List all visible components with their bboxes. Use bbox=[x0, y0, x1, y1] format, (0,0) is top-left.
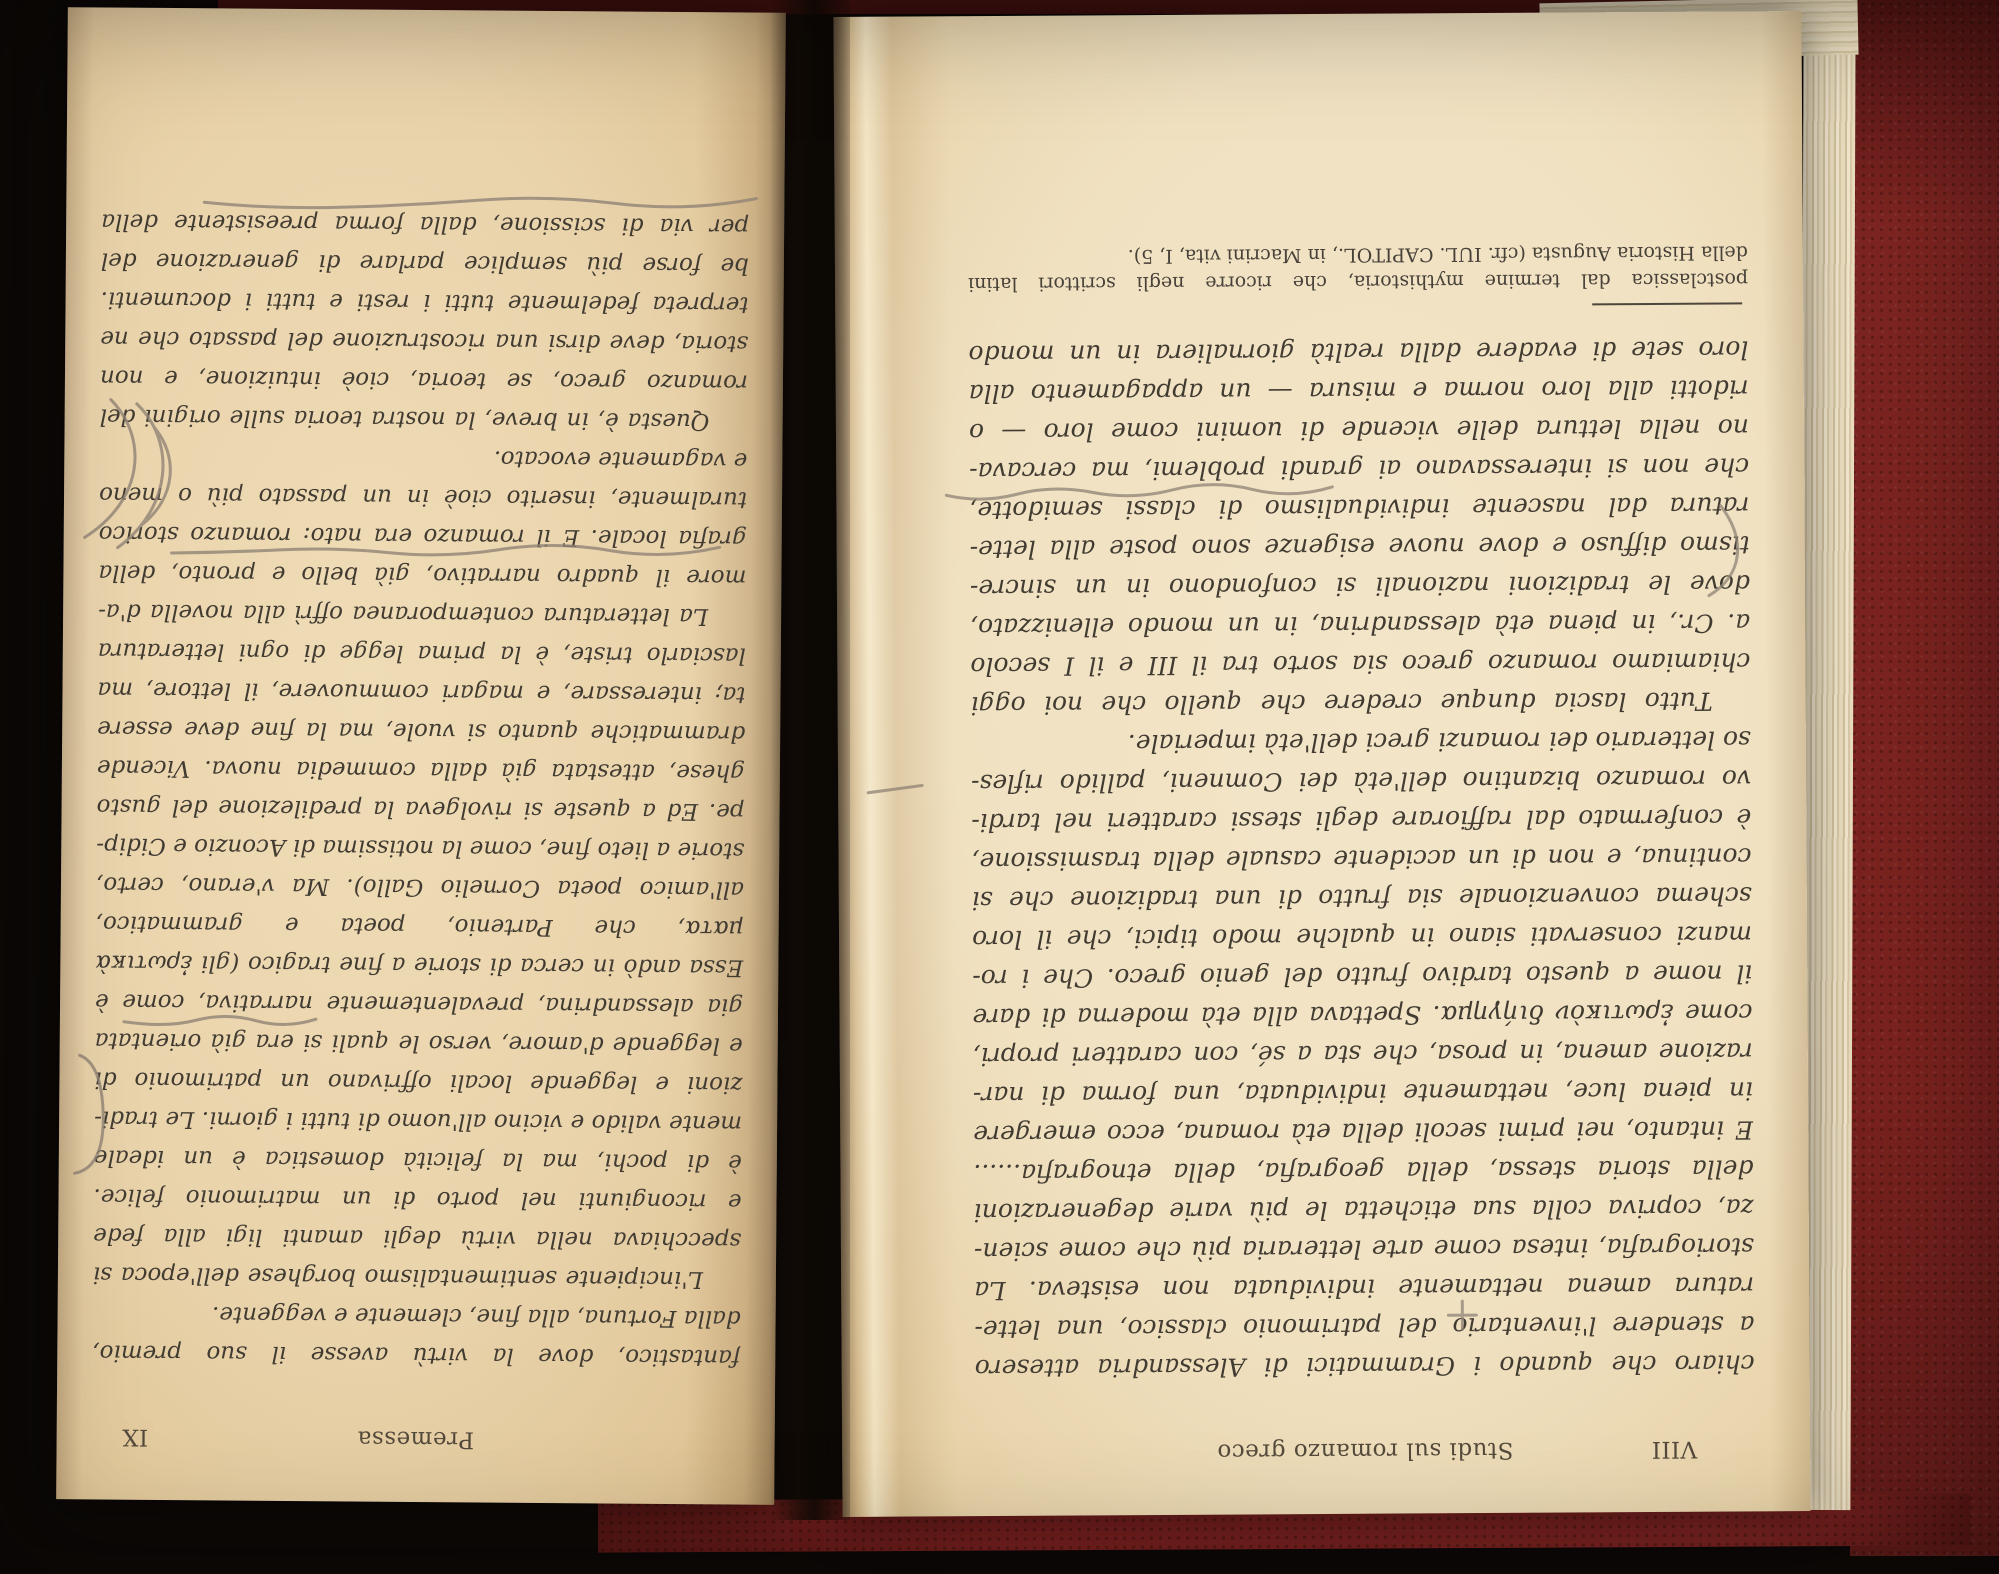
page-text: chiaro che quando i Grammatici di Alessa… bbox=[968, 330, 1754, 1388]
text-line: dalla Fortuna, alla fine, clemente e veg… bbox=[92, 1293, 740, 1337]
text-line: Questa è, in breve, la nostra teoria sul… bbox=[100, 396, 748, 440]
text-line: schema convenzionale sia frutto di una t… bbox=[972, 876, 1752, 920]
text-line: ridotti alla loro norma e misura — un ap… bbox=[969, 369, 1749, 413]
text-line: chiaro che quando i Grammatici di Alessa… bbox=[975, 1344, 1755, 1388]
text-line: all'amico poeta Cornelio Gallo). Ma v'er… bbox=[96, 864, 744, 908]
text-line: storie a lieto fine, come la notissima d… bbox=[96, 825, 744, 869]
text-line: razione amena, in prosa, che sta a sé, c… bbox=[973, 1032, 1753, 1076]
text-line: è confermato dal raffiorare degli stessi… bbox=[971, 798, 1751, 842]
text-line: ratura dal nascente individualismo di cl… bbox=[969, 486, 1749, 530]
text-line: specchiava nella virtù degli amanti ligi… bbox=[93, 1215, 741, 1259]
text-line: a stendere l'inventario del patrimonio c… bbox=[974, 1305, 1754, 1349]
footnote: postclassica dal termine mythistoria, ch… bbox=[968, 238, 1748, 297]
text-line: more il quadro narrativo, già bello e pr… bbox=[98, 552, 746, 596]
text-line: a. Cr., in piena età alessandrina, in un… bbox=[970, 603, 1750, 647]
footnote-rule bbox=[1592, 302, 1742, 305]
text-line: manzi conservati siano in qualche modo t… bbox=[972, 915, 1752, 959]
text-line: za, copriva colla sua etichetta le più v… bbox=[974, 1188, 1754, 1232]
running-title: Premessa bbox=[357, 1426, 474, 1453]
running-head: Premessa IX bbox=[92, 1421, 740, 1456]
pencil-margin-dash bbox=[868, 785, 922, 792]
text-line: drammatiche quanto si vuole, ma la fine … bbox=[97, 708, 745, 752]
text-line: della storia stessa, della geografia, de… bbox=[973, 1149, 1753, 1193]
spine-shadow bbox=[770, 0, 850, 1520]
text-line: della Historia Augusta (cfr. IUL. CAPITO… bbox=[968, 238, 1748, 270]
text-line: no nella lettura delle vicende di uomini… bbox=[969, 408, 1749, 452]
text-line: pe. Ed a queste si rivolgeva la predilez… bbox=[96, 786, 744, 830]
text-line: chiamiamo romanzo greco sia sorto tra il… bbox=[970, 642, 1750, 686]
text-line: postclassica dal termine mythistoria, ch… bbox=[968, 265, 1748, 297]
text-line: ratura amena nettamente individuata non … bbox=[974, 1266, 1754, 1310]
running-head: VIII Studi sul romanzo greco bbox=[975, 1433, 1755, 1468]
text-line: tismo diffuso e dove nuove esigenze sono… bbox=[970, 525, 1750, 569]
text-line: romanzo greco, se teoria, cioè intuizion… bbox=[100, 357, 748, 401]
text-line: Essa andò in cerca di storie a fine trag… bbox=[95, 942, 743, 986]
text-line: mente valido e vicino all'uomo di tutti … bbox=[94, 1098, 742, 1142]
text-line: in piena luce, nettamente individuata, u… bbox=[973, 1071, 1753, 1115]
page-text: fantastico, dove la virtù avesse il suo … bbox=[92, 201, 749, 1376]
text-line: che non si interessavano ai grandi probl… bbox=[969, 447, 1749, 491]
text-line: e vagamente evocato. bbox=[99, 435, 747, 479]
text-line: ματα, che Partenio, poeta e grammatico, … bbox=[96, 903, 744, 947]
text-line: gia alessandrina, prevalentemente narrat… bbox=[95, 981, 743, 1025]
text-line: il nome a questo tardivo frutto del geni… bbox=[972, 954, 1752, 998]
text-line: per via di scissione, dalla forma preesi… bbox=[101, 201, 749, 245]
text-line: lasciarlo triste, è la prima legge di og… bbox=[98, 630, 746, 674]
text-line: storia, deve dirsi una ricostruzione del… bbox=[100, 318, 748, 362]
text-line: La letteratura contemporanea offrì alla … bbox=[98, 591, 746, 635]
text-line: E intanto, nei primi secoli della età ro… bbox=[973, 1110, 1753, 1154]
text-line: ta; interessare, e magari commuovere, il… bbox=[97, 669, 745, 713]
text-line: storiografia, intesa come arte letterari… bbox=[974, 1227, 1754, 1271]
text-line: Tutto lascia dunque credere che quello c… bbox=[971, 681, 1751, 725]
page-viii: VIII Studi sul romanzo greco chiaro che … bbox=[833, 11, 1810, 1517]
text-line: è di pochi, ma la felicità domestica è u… bbox=[94, 1137, 742, 1181]
text-line: be forse più semplice parlare di generaz… bbox=[101, 240, 749, 284]
text-line: terpreta fedelmente tutti i resti e tutt… bbox=[100, 279, 748, 323]
page-number: VIII bbox=[1651, 1434, 1697, 1464]
running-title: Studi sul romanzo greco bbox=[1217, 1437, 1514, 1465]
book-photo: Premessa IX fantastico, dove la virtù av… bbox=[0, 0, 1999, 1574]
text-line: ghese, attestata già dalla commedia nuov… bbox=[97, 747, 745, 791]
text-line: turalmente, inserito cioè in un passato … bbox=[99, 474, 747, 518]
page-ix: Premessa IX fantastico, dove la virtù av… bbox=[56, 7, 786, 1505]
text-line: come ἐρωτικὸν διήγημα. Spettava alla età… bbox=[972, 993, 1752, 1037]
text-line: grafia locale. E il romanzo era nato: ro… bbox=[99, 513, 747, 557]
page-number: IX bbox=[122, 1422, 149, 1452]
text-line: L'incipiente sentimentalismo borghese de… bbox=[93, 1254, 741, 1298]
book-cover-right bbox=[1850, 0, 1999, 1556]
text-line: e leggende d'amore, verso le quali si er… bbox=[95, 1020, 743, 1064]
text-line: continua, e non di un accidente casuale … bbox=[971, 837, 1751, 881]
text-line: zioni e leggende locali offrivano un pat… bbox=[94, 1059, 742, 1103]
text-line: fantastico, dove la virtù avesse il suo … bbox=[92, 1332, 740, 1376]
text-line: dove le tradizioni nazionali si confondo… bbox=[970, 564, 1750, 608]
text-line: e ricongiunti nel porto di un matrimonio… bbox=[93, 1176, 741, 1220]
text-line: so letterario dei romanzi greci dell'età… bbox=[971, 720, 1751, 764]
text-line: vo romanzo bizantino dell'età dei Comnen… bbox=[971, 759, 1751, 803]
text-line: loro sete di evadere dalla realtà giorna… bbox=[968, 330, 1748, 374]
